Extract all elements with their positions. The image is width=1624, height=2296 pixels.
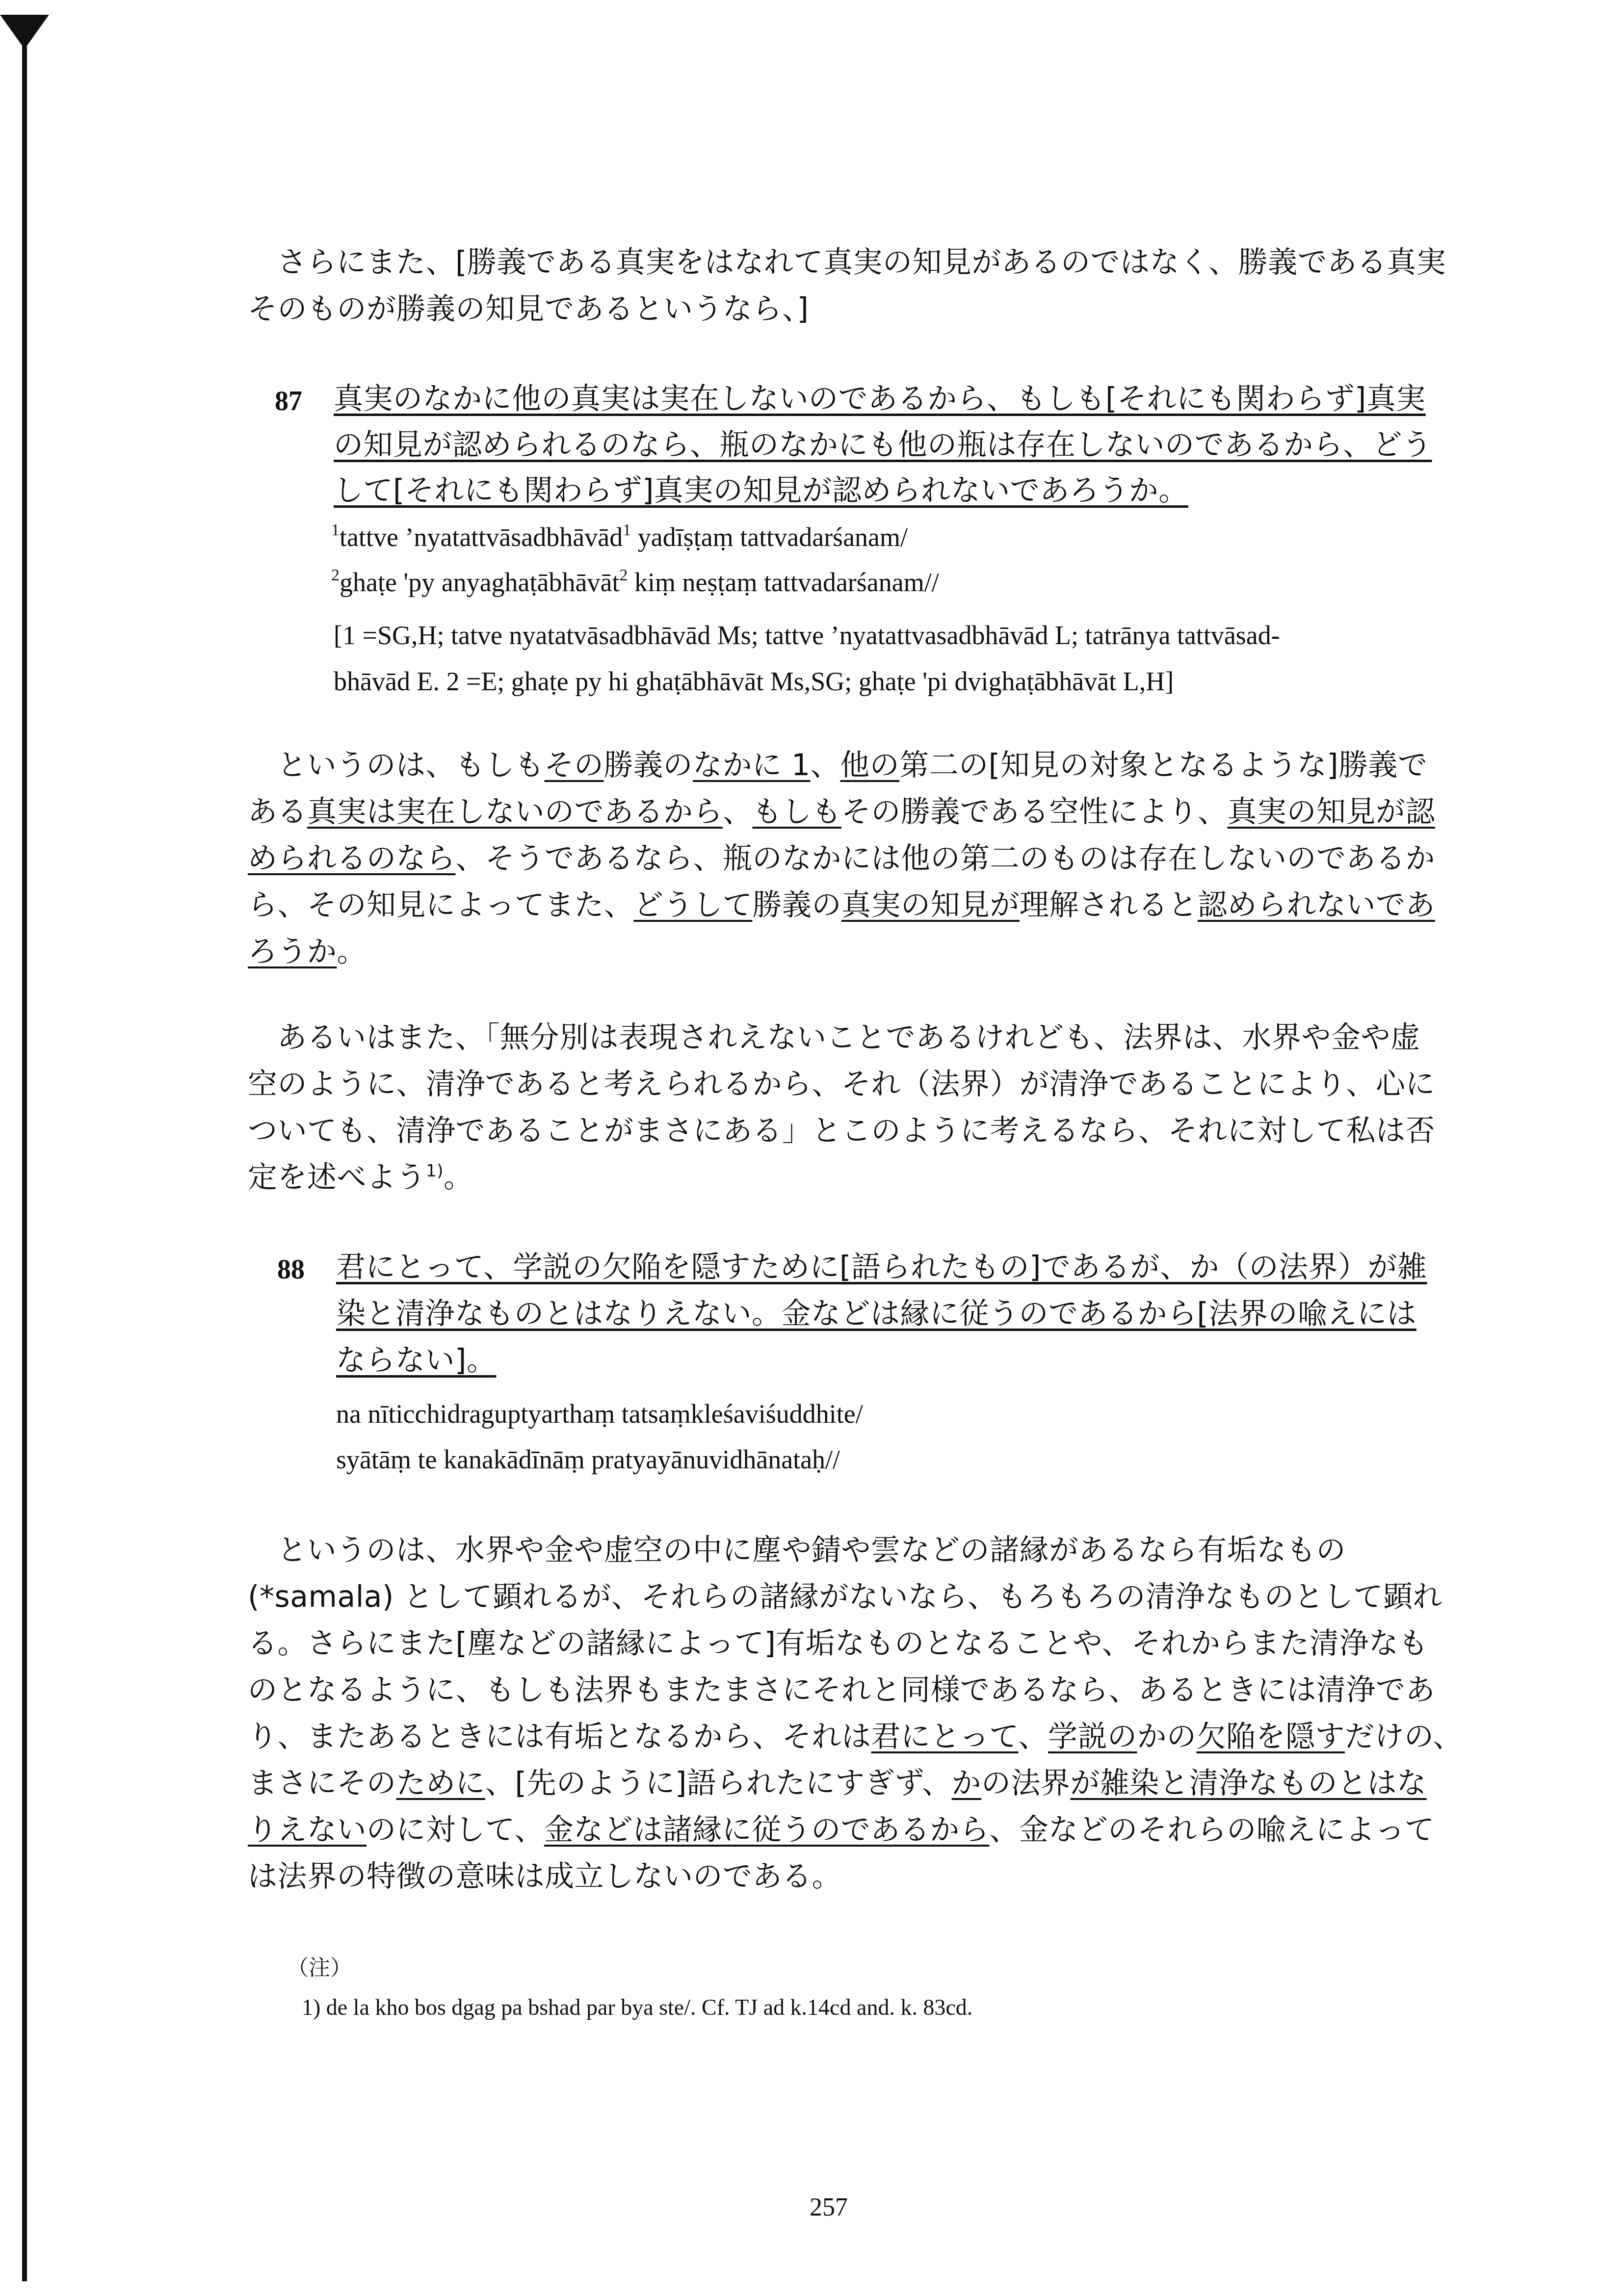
text-line: りえないのに対して、金などは諸縁に従うのであるから、金などのそれらの喩えによって [248, 1815, 1435, 1845]
binding-shadow [22, 15, 27, 2281]
text-line: は法界の特徴の意味は成立しないのである。 [248, 1862, 841, 1891]
verse-number: 87 [275, 388, 302, 415]
text-line: ら、その知見によってまた、どうして勝義の真実の知見が理解されると認められないであ [248, 890, 1435, 920]
sanskrit-line: syātāṃ te kanakādīnāṃ pratyayānuvidhānat… [336, 1446, 840, 1473]
text-line: (*samala) として顕れるが、それらの諸縁がないなら、もろもろの清浄なもの… [248, 1582, 1442, 1612]
note-item: 1) de la kho bos dgag pa bshad par bya s… [302, 1994, 972, 2020]
text-line: そのものが勝義の知見であるというなら、] [248, 294, 809, 324]
text-line: り、またあるときには有垢となるから、それは君にとって、学説のかの欠陥を隠すだけの… [248, 1722, 1463, 1751]
variant-readings: [1 =SG,H; tatve nyatatvāsadbhāvād Ms; ta… [334, 622, 1280, 649]
notes-heading: （注） [287, 1950, 352, 1982]
text-line: というのは、水界や金や虚空の中に塵や錆や雲などの諸縁があるなら有垢なもの [277, 1536, 1346, 1565]
verse-line: して[それにも関わらず]真実の知見が認められないであろうか。 [334, 476, 1188, 505]
text-line: まさにそのために、[先のように]語られたにすぎず、かの法界が雑染と清浄なものとは… [248, 1769, 1427, 1798]
text-line: あるいはまた、「無分別は表現されえないことであるけれども、法界は、水界や金や虚 [277, 1023, 1420, 1052]
verse-line: 君にとって、学説の欠陥を隠すために[語られたもの]であるが、か（の法界）が雑 [336, 1252, 1427, 1282]
text-line: さらにまた、[勝義である真実をはなれて真実の知見があるのではなく、勝義である真実 [277, 248, 1446, 277]
footnote-ref: 1) [426, 1161, 444, 1181]
verse-line: 真実のなかに他の真実は実在しないのであるから、もしも[それにも関わらず]真実 [334, 384, 1426, 414]
sanskrit-line: na nīticchidraguptyarthaṃ tatsaṃkleśaviś… [336, 1401, 863, 1427]
text-line: ある真実は実在しないのであるから、もしもその勝義である空性により、真実の知見が認 [248, 797, 1435, 827]
text-line: められるのなら、そうであるなら、瓶のなかには他の第二のものは存在しないのであるか [248, 844, 1435, 873]
sanskrit-line: 2ghaṭe 'py anyaghaṭābhāvāt2 kiṃ neṣṭaṃ t… [331, 569, 939, 596]
text-line: ろうか。 [248, 937, 367, 966]
verse-line: 染と清浄なものとはなりえない。金などは縁に従うのであるから[法界の喩えには [336, 1299, 1416, 1329]
verse-line: ならない]。 [336, 1346, 496, 1375]
text-line: ついても、清浄であることがまさにある」とこのように考えるなら、それに対して私は否 [248, 1116, 1435, 1146]
verse-line: の知見が認められるのなら、瓶のなかにも他の瓶は存在しないのであるから、どう [334, 430, 1432, 460]
text-line: る。さらにまた[塵などの諸縁によって]有垢なものとなることや、それからまた清浄な… [248, 1629, 1428, 1658]
verse-number: 88 [277, 1256, 305, 1283]
text-line: というのは、もしもその勝義のなかに 1、他の第二の[知見の対象となるような]勝義… [277, 751, 1428, 780]
sanskrit-line: 1tattve ’nyatattvāsadbhāvād1 yadīṣṭaṃ ta… [331, 524, 908, 550]
page-number: 257 [810, 2193, 848, 2222]
text-line: 空のように、清浄であると考えられるから、それ（法界）が清浄であることにより、心に [248, 1070, 1435, 1099]
text-line: のとなるように、もしも法界もまたまさにそれと同様であるなら、あるときには清浄であ [248, 1675, 1435, 1705]
text-line: 定を述べよう1)。 [248, 1163, 473, 1192]
variant-readings: bhāvād E. 2 =E; ghaṭe py hi ghaṭābhāvāt … [334, 668, 1174, 695]
